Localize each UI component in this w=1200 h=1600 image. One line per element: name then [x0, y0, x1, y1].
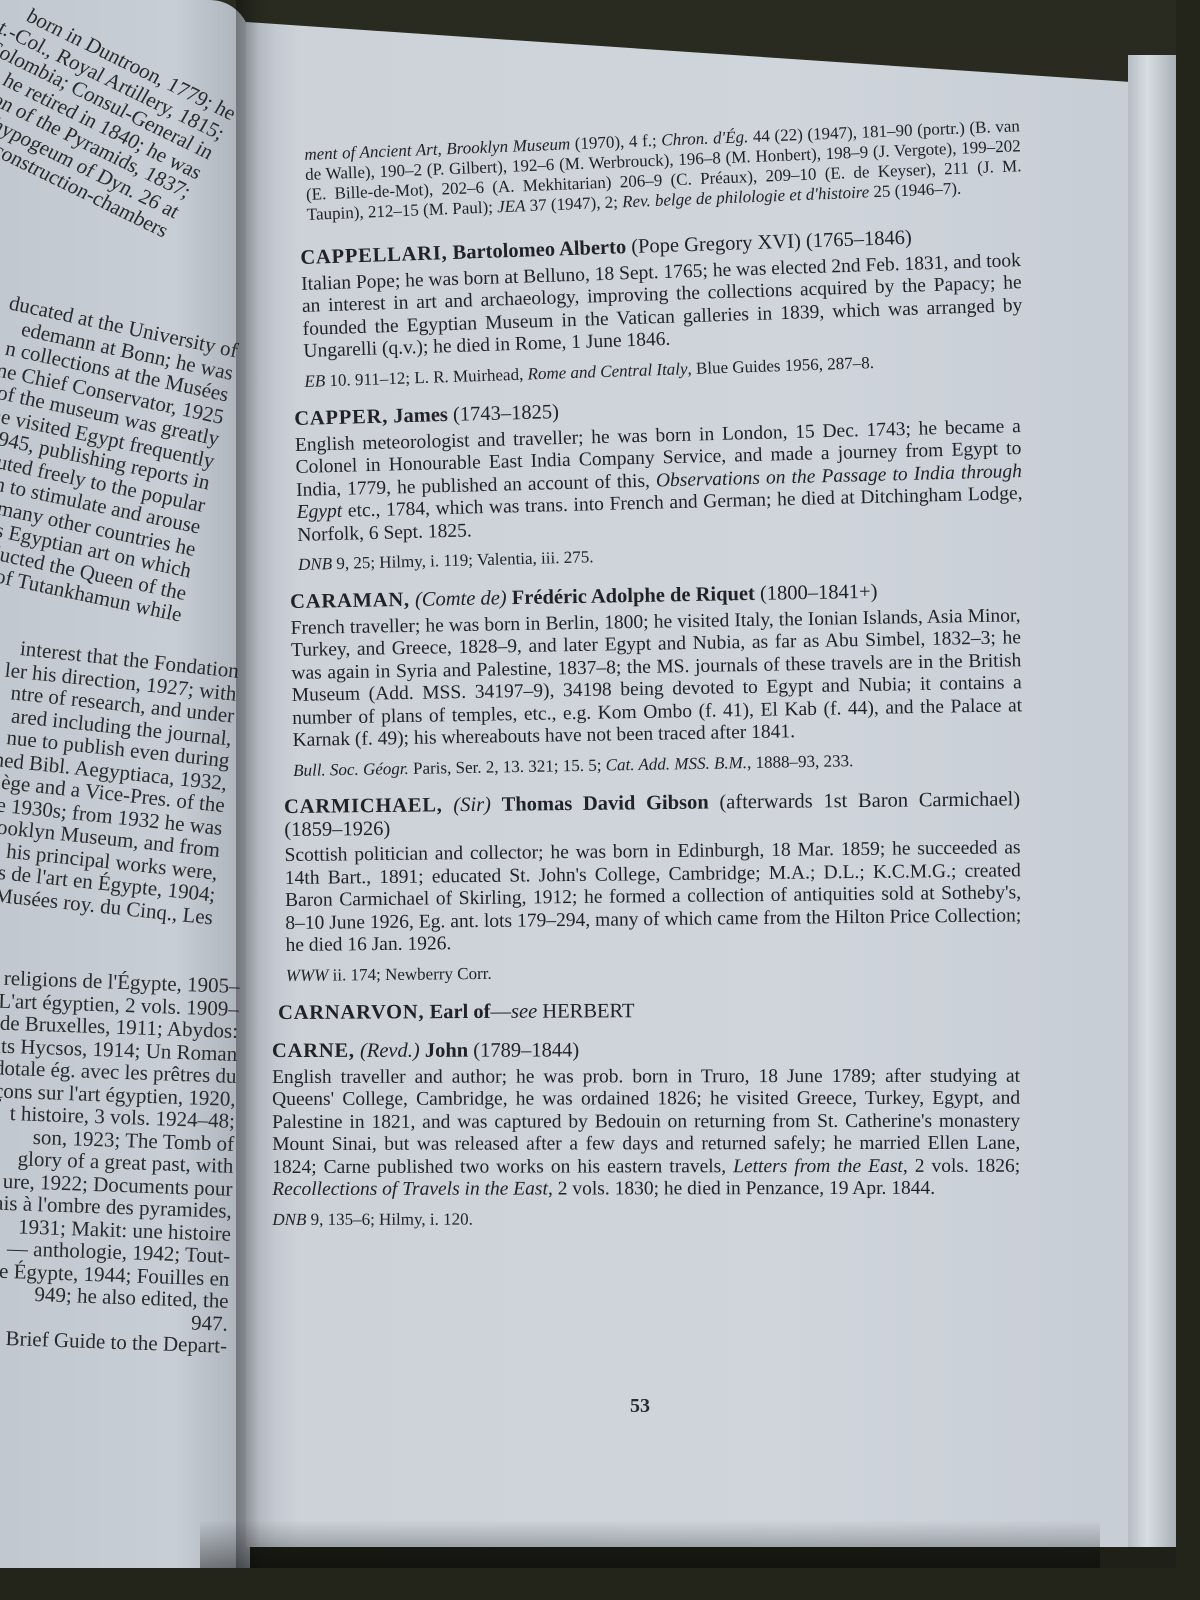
- ref-italic: DNB: [298, 554, 332, 574]
- entry-surname: CARNE,: [272, 1040, 355, 1062]
- left-text-block-2: ducated at the University of edemann at …: [0, 284, 240, 626]
- page-content: ment of Ancient Art, Brooklyn Museum (19…: [280, 128, 1020, 1246]
- entry-given-names: John: [425, 1040, 468, 1062]
- ref-text: ii. 174; Newberry Corr.: [328, 963, 492, 984]
- left-page: born in Duntroon, 1779; he t.-Col., Roya…: [0, 0, 250, 1568]
- intro-italic: JEA: [497, 196, 526, 216]
- entry-biography: Scottish politician and collector; he wa…: [285, 837, 1022, 957]
- ref-text: Paris, Ser. 2, 13. 321; 15. 5;: [409, 755, 606, 777]
- continued-references: ment of Ancient Art, Brooklyn Museum (19…: [304, 116, 1023, 225]
- left-text-block-1: born in Duntroon, 1779; he t.-Col., Roya…: [0, 0, 240, 242]
- entry-dates: (Pope Gregory XVI) (1765–1846): [626, 227, 912, 258]
- ref-italic: Bull. Soc. Géogr.: [293, 758, 409, 779]
- page-stack-edge: [1128, 55, 1176, 1547]
- entry-surname: CARMICHAEL,: [284, 794, 443, 818]
- entry-biography: English meteorologist and traveller; he …: [295, 415, 1024, 546]
- entry-title: (Comte de): [415, 587, 507, 611]
- ref-italic: WWW: [286, 965, 329, 984]
- entry-biography: English traveller and author; he was pro…: [272, 1065, 1020, 1201]
- entry-given-names: Bartolomeo Alberto: [452, 236, 626, 264]
- entry-dates: (1789–1844): [468, 1039, 579, 1061]
- entry-carnarvon-cross-reference: CARNARVON, Earl of—see HERBERT: [278, 998, 1020, 1024]
- ref-text: 9, 135–6; Hilmy, i. 120.: [306, 1209, 473, 1228]
- ref-italic: EB: [304, 371, 325, 391]
- entry-biography: French traveller; he was born in Berlin,…: [290, 604, 1022, 752]
- entry-references: WWW ii. 174; Newberry Corr.: [286, 958, 1022, 986]
- ref-text: 10. 911–12; L. R. Muirhead,: [325, 364, 528, 390]
- entry-headword: CARMICHAEL, (Sir) Thomas David Gibson (a…: [284, 788, 1020, 841]
- intro-italic: Chron. d'Ég.: [661, 127, 749, 149]
- entry-dates: (1800–1841+): [755, 580, 878, 604]
- intro-text: (1970), 4 f.;: [570, 131, 662, 154]
- entry-carmichael: CARMICHAEL, (Sir) Thomas David Gibson (a…: [284, 788, 1022, 985]
- entry-surname: CAPPER,: [294, 405, 388, 429]
- entry-cappellari: CAPPELLARI, Bartolomeo Alberto (Pope Gre…: [300, 223, 1024, 391]
- left-text-block-3: interest that the Fondation ler his dire…: [0, 632, 240, 929]
- see-label: see: [511, 1000, 537, 1022]
- entry-given-names: Thomas David Gibson: [502, 792, 709, 816]
- entry-given-names: Frédéric Adolphe de Riquet: [512, 582, 755, 608]
- entry-surname: CARNARVON,: [278, 1001, 424, 1024]
- entry-dates: (1743–1825): [448, 401, 560, 426]
- intro-text: 25 (1946–7).: [869, 179, 962, 202]
- entry-biography: Italian Pope; he was born at Belluno, 18…: [301, 250, 1024, 364]
- bio-text: , 2 vols. 1826;: [903, 1155, 1020, 1176]
- entry-surname: CAPPELLARI,: [300, 242, 448, 269]
- ref-text: , 1888–93, 233.: [747, 750, 854, 771]
- book-gutter-shadow: [236, 0, 276, 1568]
- entry-caraman: CARAMAN, (Comte de) Frédéric Adolphe de …: [290, 578, 1023, 780]
- left-text-block-4: religions de l'Égypte, 1905– L'art égypt…: [0, 966, 240, 1358]
- cross-reference-target: HERBERT: [537, 1000, 634, 1023]
- entry-headword: CARNARVON, Earl of—see HERBERT: [278, 998, 1020, 1024]
- entry-headword: CARNE, (Revd.) John (1789–1844): [272, 1039, 1020, 1063]
- ref-text: , Blue Guides 1956, 287–8.: [687, 353, 874, 378]
- entry-surname: CARAMAN,: [290, 588, 410, 612]
- entry-references: DNB 9, 135–6; Hilmy, i. 120.: [272, 1208, 1020, 1229]
- entry-title: (Revd.): [360, 1040, 420, 1062]
- bio-italic-title: Letters from the East: [733, 1155, 903, 1176]
- entry-references: Bull. Soc. Géogr. Paris, Ser. 2, 13. 321…: [293, 747, 1023, 780]
- bottom-shadow: [200, 1520, 1100, 1568]
- ref-italic: DNB: [272, 1209, 306, 1228]
- entry-capper: CAPPER, James (1743–1825) English meteor…: [294, 388, 1024, 574]
- ref-italic: Cat. Add. MSS. B.M.: [606, 752, 748, 773]
- ref-italic: Rome and Central Italy: [527, 359, 688, 383]
- ref-text: 9, 25; Hilmy, i. 119; Valentia, iii. 275…: [332, 547, 594, 573]
- entry-given-names: Earl of: [429, 1000, 490, 1022]
- entry-title: (Sir): [453, 794, 491, 816]
- see-dash: —: [490, 1000, 511, 1022]
- bio-italic-title: Recollections of Travels in the East: [272, 1179, 548, 1200]
- bio-text: , 2 vols. 1830; he died in Penzance, 19 …: [548, 1178, 935, 1200]
- entry-carne: CARNE, (Revd.) John (1789–1844) English …: [272, 1039, 1020, 1230]
- entry-given-names: James: [393, 403, 448, 426]
- page-number: 53: [630, 1395, 650, 1418]
- intro-text: 37 (1947), 2;: [525, 192, 622, 215]
